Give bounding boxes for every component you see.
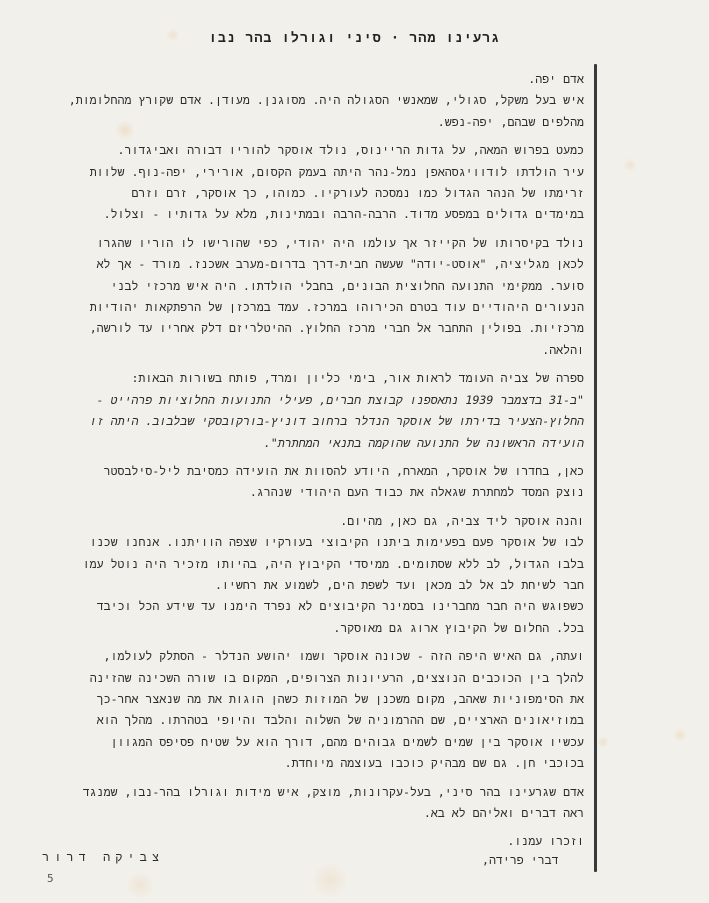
text-line: בכל. החלום של הקיבוץ ארוג גם מאוסקר. [44,618,584,639]
document-body: אדם יפה. איש בעל משקל, סגולי, שמאנשי הסג… [44,69,584,860]
text-line: והנה אוסקר ליד צביה, גם כאן, מהיום. [44,511,584,532]
text-line: סוער. ממקימי התנועה החלוצית הבונים, בחבל… [44,276,584,297]
text-line: כשפוגש היה חבר מחברינו בסמינר הקיבוצים ל… [44,596,584,617]
paragraph-youth: נולד בקיסרותו של הקייזר אך עולמו היה יהו… [44,233,584,361]
text-line: כמעט בפרוש המאה, על גדות הריינוס, נולד א… [44,140,584,161]
paragraph-with-tzvia: והנה אוסקר ליד צביה, גם כאן, מהיום. [44,511,584,532]
text-line: ספרה של צביה העומד לראות אור, בימי כליון… [44,368,584,389]
margin-rule [594,64,597,872]
text-line: אדם שגרעינו בהר סיני, בעל-עקרונות, מוצק,… [44,782,584,803]
page-number: 5 [47,872,54,885]
text-line: בלבו הגדול, לב ללא שסתומים. ממיסדי הקיבו… [44,554,584,575]
quote-line: הועידה הראשונה של התנועה שהוקמה בתנאי המ… [44,433,584,454]
text-line: במימדים גדולים במפסע מדוד. הרבה-הרבה ובמ… [44,204,584,225]
text-line: איש בעל משקל, סגולי, שמאנשי הסגולה היה. … [44,90,584,111]
text-line: לכאן מגליציה, "אוסט-יודה" שעשה חבית-דרך … [44,254,584,275]
paragraph-kibbutz-heart: לבו של אוסקר פעם בפעימות ביתנו הקיבוצי ב… [44,532,584,596]
paragraph-book-quote: ספרה של צביה העומד לראות אור, בימי כליון… [44,368,584,454]
farewell-caption: דברי פרידה, [482,853,559,868]
text-line: את הסימפוניות שאהב, מקום משכנן של המוזות… [44,689,584,710]
paragraph-seminar: כשפוגש היה חבר מחברינו בסמינר הקיבוצים ל… [44,596,584,639]
quote-line: החלוץ-הצעיר בדירתו של אוסקר הנדלר ברחוב … [44,411,584,432]
text-line: במוזיאונים הארציים, שם ההרמוניה של השלוה… [44,710,584,731]
text-line: והלאה. [44,340,584,361]
text-line: עכשיו אוסקר בין שמים לשמים גבוהים מהם, ד… [44,732,584,753]
text-line: מרכזיות. בפולין התחבר אל חברי מרכז החלוץ… [44,318,584,339]
page-title: גרעינו מהר · סיני וגורלו בהר נבו [0,30,709,47]
text-line: אדם יפה. [44,69,584,90]
paragraph-passing: ועתה, גם האיש היפה הזה - שכונה אוסקר ושמ… [44,646,584,774]
text-line: נולד בקיסרותו של הקייזר אך עולמו היה יהו… [44,233,584,254]
text-line: כאן, בחדרו של אוסקר, המארח, היודע להסוות… [44,461,584,482]
paragraph-underground: כאן, בחדרו של אוסקר, המארח, היודע להסוות… [44,461,584,504]
paragraph-sinai-nebo: אדם שגרעינו בהר סיני, בעל-עקרונות, מוצק,… [44,782,584,825]
text-line: בכוכבי חן. גם שם מבהיק כוכבו בעוצמה מיוח… [44,753,584,774]
text-line: מהלפים שבהם, יפה-נפש. [44,112,584,133]
scanned-page: גרעינו מהר · סיני וגורלו בהר נבו אדם יפה… [0,0,709,903]
text-line: נוצק המסד למחתרת שגאלה את כבוד העם היהוד… [44,482,584,503]
quote-line: "ב-31 בדצמבר 1939 נתאספנו קבוצת חברים, פ… [44,390,584,411]
text-line: חבר לשיחת לב אל לב מכאן ועד לשפת הים, לש… [44,575,584,596]
text-line: לבו של אוסקר פעם בפעימות ביתנו הקיבוצי ב… [44,532,584,553]
author-signature: צביקה דרור [42,850,164,865]
text-line: להלך בין הכוכבים הנוצצים, הרעיונות הצרופ… [44,668,584,689]
text-line: ראה דברים ואליהם לא בא. [44,803,584,824]
text-line: עיר הולדתו לודוויגסהאפן נמל-נהר היתה בעמ… [44,162,584,183]
paragraph-intro: אדם יפה. איש בעל משקל, סגולי, שמאנשי הסג… [44,69,584,133]
text-line: ועתה, גם האיש היפה הזה - שכונה אוסקר ושמ… [44,646,584,667]
paragraph-birth: כמעט בפרוש המאה, על גדות הריינוס, נולד א… [44,140,584,226]
text-line: זרימתו של הנהר הגדול כמו נמסכה לעורקיו. … [44,183,584,204]
text-line: הנעורים היהודיים עוד בטרם הכירוהו במרכז.… [44,297,584,318]
